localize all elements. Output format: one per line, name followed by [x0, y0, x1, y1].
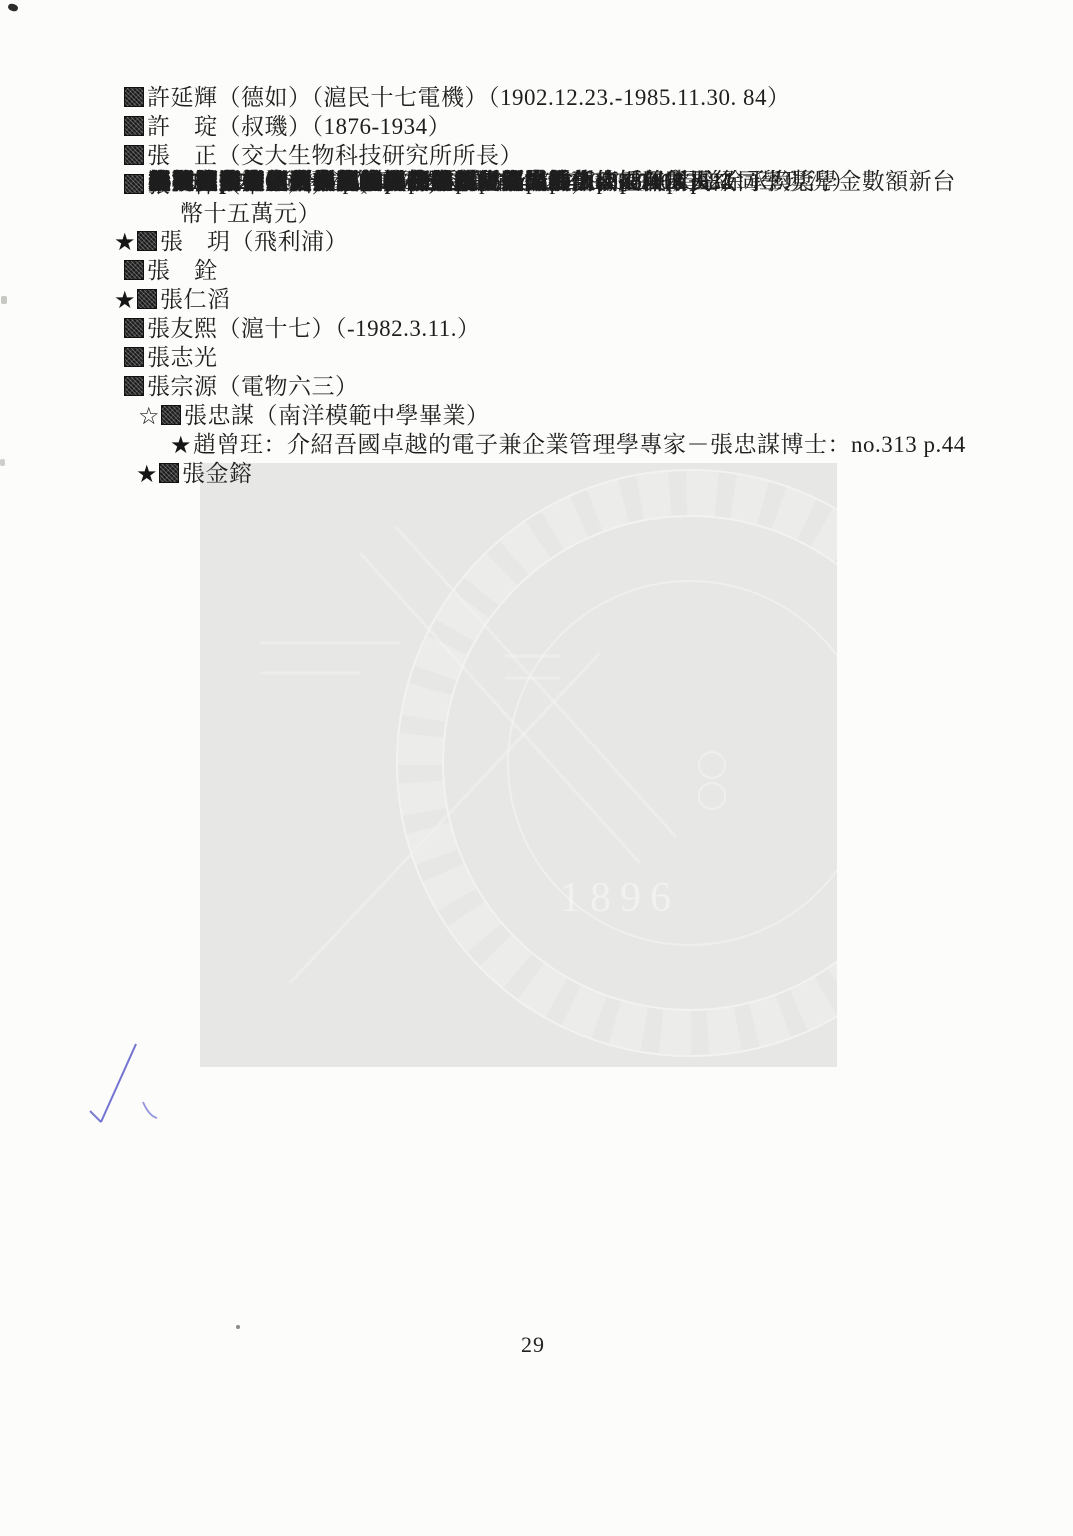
index-entry-line: 張志光 [0, 344, 1073, 373]
line-text: 張友熙（滬十七）（-1982.3.11.） [147, 316, 481, 341]
line-text: 幣十五萬元） [180, 201, 321, 226]
line-text: 張 正（交大生物科技研究所所長） [147, 143, 523, 168]
index-entry-line: ☆張忠謀（南洋模範中學畢業） [0, 402, 1073, 431]
seal-stamp-icon [159, 463, 179, 483]
line-text: 張金鎔 [182, 461, 253, 486]
line-text: 張 玥（飛利浦） [160, 229, 348, 254]
index-listing: 不荒齋主許逸之：胡思亂想遊埃及：no.332 p.36接談機器人與章士基：no.… [0, 84, 1073, 488]
line-text: 張忠謀（南洋模範中學畢業） [184, 403, 490, 428]
scanned-document-page: 1896 不荒齋主許逸之：胡思亂想遊埃及：no.332 p.36接談機器人與章士… [0, 0, 1073, 1536]
line-text: 張仁滔 [160, 287, 231, 312]
scan-artifact [7, 3, 19, 13]
index-line: ★趙曾玨：介紹吾國卓越的電子兼企業管理學專家－張忠謀博士：no.313 p.44 [0, 431, 1073, 460]
seal-stamp-icon [124, 260, 144, 280]
star-outline-icon: ☆ [138, 402, 160, 431]
index-entry-line: ★張仁滔 [0, 286, 1073, 315]
index-line: no.254 p.29 （一九三二－一九三七級友會） [0, 168, 1073, 197]
seal-stamp-icon [124, 376, 144, 396]
index-line: 幣十五萬元） [0, 200, 1073, 229]
line-text: 趙曾玨：介紹吾國卓越的電子兼企業管理學專家－張忠謀博士：no.313 p.44 [193, 432, 966, 457]
line-text: 許延輝（德如）（滬民十七電機）（1902.12.23.-1985.11.30. … [147, 85, 791, 110]
seal-stamp-icon [124, 87, 144, 107]
star-icon: ★ [136, 460, 158, 489]
star-icon: ★ [170, 431, 192, 460]
seal-stamp-icon [124, 116, 144, 136]
line-text: 張志光 [147, 345, 218, 370]
seal-year-text: 1896 [560, 875, 680, 921]
seal-stamp-icon [137, 289, 157, 309]
line-text: 張宗源（電物六三） [147, 374, 359, 399]
pen-line-mark [90, 1111, 101, 1122]
scan-artifact [236, 1325, 240, 1329]
seal-stamp-icon [124, 318, 144, 338]
index-entry-line: 張友熙（滬十七）（-1982.3.11.） [0, 315, 1073, 344]
index-entry-line: 許延輝（德如）（滬民十七電機）（1902.12.23.-1985.11.30. … [0, 84, 1073, 113]
star-icon: ★ [114, 228, 136, 257]
pen-squiggle-mark [143, 1102, 157, 1118]
pen-line-mark [101, 1044, 136, 1122]
line-text: 許 琔（叔璣）（1876-1934） [147, 114, 451, 139]
line-text: no.254 p.29 （一九三二－一九三七級友會） [148, 169, 598, 194]
index-entry-line: 張宗源（電物六三） [0, 373, 1073, 402]
index-entry-line: 許 琔（叔璣）（1876-1934） [0, 113, 1073, 142]
embossed-seal-icon: 1896 [200, 463, 837, 1067]
page-number: 29 [0, 1332, 1066, 1358]
index-entry-line: 張 銓 [0, 257, 1073, 286]
watermark-block: 1896 [200, 463, 837, 1067]
seal-stamp-icon [124, 145, 144, 165]
line-text: 張 銓 [147, 258, 218, 283]
seal-stamp-icon [137, 231, 157, 251]
seal-stamp-icon [124, 347, 144, 367]
index-entry-line: 張 正（交大生物科技研究所所長） [0, 142, 1073, 171]
star-icon: ★ [114, 286, 136, 315]
index-entry-line: ★張 玥（飛利浦） [0, 228, 1073, 257]
index-entry-line: ★張金鎔 [0, 460, 1073, 489]
seal-stamp-icon [161, 405, 181, 425]
